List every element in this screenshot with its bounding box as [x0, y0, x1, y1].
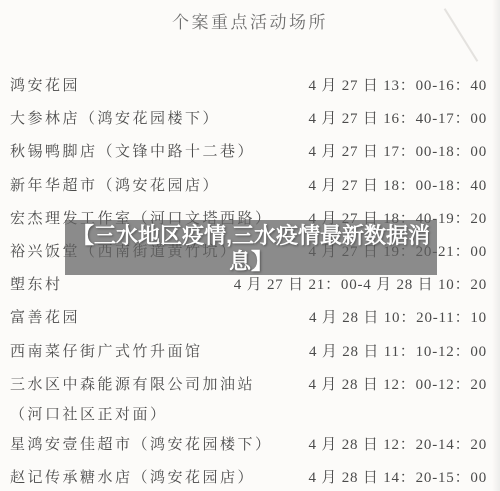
page-title: 个案重点活动场所: [0, 0, 500, 33]
time-cell: 4 月 28 日 12：00-12：20: [309, 373, 488, 394]
place-cell: 鸿安花园: [10, 74, 80, 95]
place-cell: 大参林店（鸿安花园楼下）: [10, 107, 220, 128]
table-row: 赵记传承糖水店（鸿安花园店） 4 月 28 日 14：20-15：00: [0, 460, 500, 491]
place-cell: 新年华超市（鸿安花园店）: [10, 174, 220, 195]
place-cell: 星鸿安壹佳超市（鸿安花园楼下）: [10, 433, 273, 454]
table-row: 三水区中森能源有限公司加油站 4 月 28 日 12：00-12：20: [0, 367, 500, 400]
table-row: 秋锡鸭脚店（文锋中路十二巷） 4 月 27 日 17：00-18：00: [0, 134, 500, 167]
watermark-overlay: 【三水地区疫情,三水疫情最新数据消息】: [65, 220, 437, 275]
time-cell: 4 月 27 日 17：00-18：00: [309, 140, 488, 161]
activity-table: 鸿安花园 4 月 27 日 13：00-16：40 大参林店（鸿安花园楼下） 4…: [0, 68, 500, 491]
time-cell: 4 月 27 日 18：00-18：40: [309, 174, 488, 195]
table-row: 星鸿安壹佳超市（鸿安花园楼下） 4 月 28 日 12：20-14：20: [0, 427, 500, 460]
time-cell: 4 月 28 日 12：20-14：20: [309, 433, 488, 454]
time-cell: 4 月 28 日 14：20-15：00: [309, 466, 488, 487]
table-row: 大参林店（鸿安花园楼下） 4 月 27 日 16：40-17：00: [0, 101, 500, 134]
table-row: 富善花园 4 月 28 日 10：20-11：10: [0, 300, 500, 333]
time-cell: 4 月 27 日 21：00-4 月 28 日 10：20: [234, 273, 487, 294]
time-cell: 4 月 28 日 10：20-11：10: [309, 306, 487, 327]
place-cell: 西南菜仔街广式竹升面馆: [10, 340, 203, 361]
time-cell: 4 月 27 日 16：40-17：00: [309, 107, 488, 128]
table-row-continuation: （河口社区正对面）: [0, 400, 500, 427]
place-note-cell: （河口社区正对面）: [10, 403, 168, 424]
place-cell: 秋锡鸭脚店（文锋中路十二巷）: [10, 140, 255, 161]
time-cell: 4 月 28 日 11：10-12：00: [309, 340, 487, 361]
place-cell: 富善花园: [10, 306, 80, 327]
table-row: 西南菜仔街广式竹升面馆 4 月 28 日 11：10-12：00: [0, 334, 500, 367]
table-row: 鸿安花园 4 月 27 日 13：00-16：40: [0, 68, 500, 101]
place-cell: 三水区中森能源有限公司加油站: [10, 373, 255, 394]
place-cell: 赵记传承糖水店（鸿安花园店）: [10, 466, 255, 487]
scanned-notice-page: 个案重点活动场所 鸿安花园 4 月 27 日 13：00-16：40 大参林店（…: [0, 0, 500, 491]
place-cell: 塱东村: [10, 273, 63, 294]
table-row: 新年华超市（鸿安花园店） 4 月 27 日 18：00-18：40: [0, 168, 500, 201]
time-cell: 4 月 27 日 13：00-16：40: [309, 74, 488, 95]
